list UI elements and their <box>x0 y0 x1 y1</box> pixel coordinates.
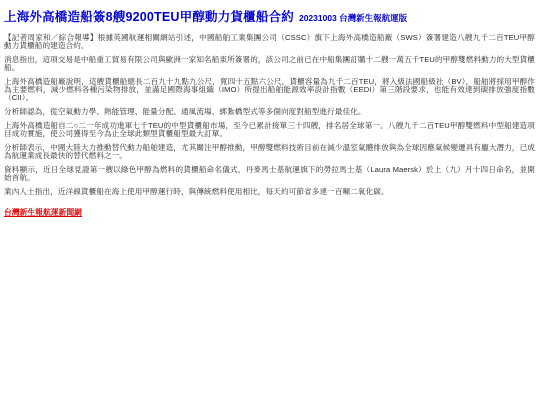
article-headline: 上海外高橋造船簽8艘9200TEU甲醇動力貨櫃船合約20231003 台灣新生報… <box>4 3 535 25</box>
article-body: 【記者周家和／綜合報導】根據英國航運相關網站引述，中國船舶工業集團公司（CSSC… <box>4 34 535 196</box>
paragraph-maersk: 資料顯示，近日全球見證第一艘以綠色甲醇為燃料的貨櫃船命名儀式，丹麥馬士基航運旗下… <box>4 166 535 182</box>
article-date-edition: 20231003 台灣新生報航運版 <box>299 13 407 23</box>
paragraph-specs: 上海外高橋造船廠說明，這艘貨櫃船總長二百九十九點九公尺，寬四十五點六公尺，貨櫃容… <box>4 78 535 102</box>
article-page: 上海外高橋造船簽8艘9200TEU甲醇動力貨櫃船合約20231003 台灣新生報… <box>0 0 540 220</box>
shipping-news-link[interactable]: 台灣新生報航運新聞網 <box>4 207 82 218</box>
paragraph-deal: 消息指出，這項交易是中船重工貿易有限公司與歐洲一家知名船東所簽署的，該公司之前已… <box>4 56 535 72</box>
paragraph-orders: 上海外高橋造船自二○二一年成功進軍七千TEU的中型貨櫃船市場，至今已累計接單三十… <box>4 122 535 138</box>
paragraph-methanol: 分析師表示，中國大陸大力推動替代動力船舶建造，尤其關注甲醇推動，甲醇雙燃料技術目… <box>4 144 535 160</box>
paragraph-analysis: 分析師認為，從空氣動力學、熱能管理、能量分配、通風流場、綁紮橋型式等多個向度對船… <box>4 108 535 116</box>
paragraph-savings: 業內人士指出，近洋線貨櫃船在海上使用甲醇運行時，與傳統燃料使用相比，每天約可節省… <box>4 188 535 196</box>
paragraph-lede: 【記者周家和／綜合報導】根據英國航運相關網站引述，中國船舶工業集團公司（CSSC… <box>4 34 535 50</box>
article-title: 上海外高橋造船簽8艘9200TEU甲醇動力貨櫃船合約 <box>4 10 294 24</box>
